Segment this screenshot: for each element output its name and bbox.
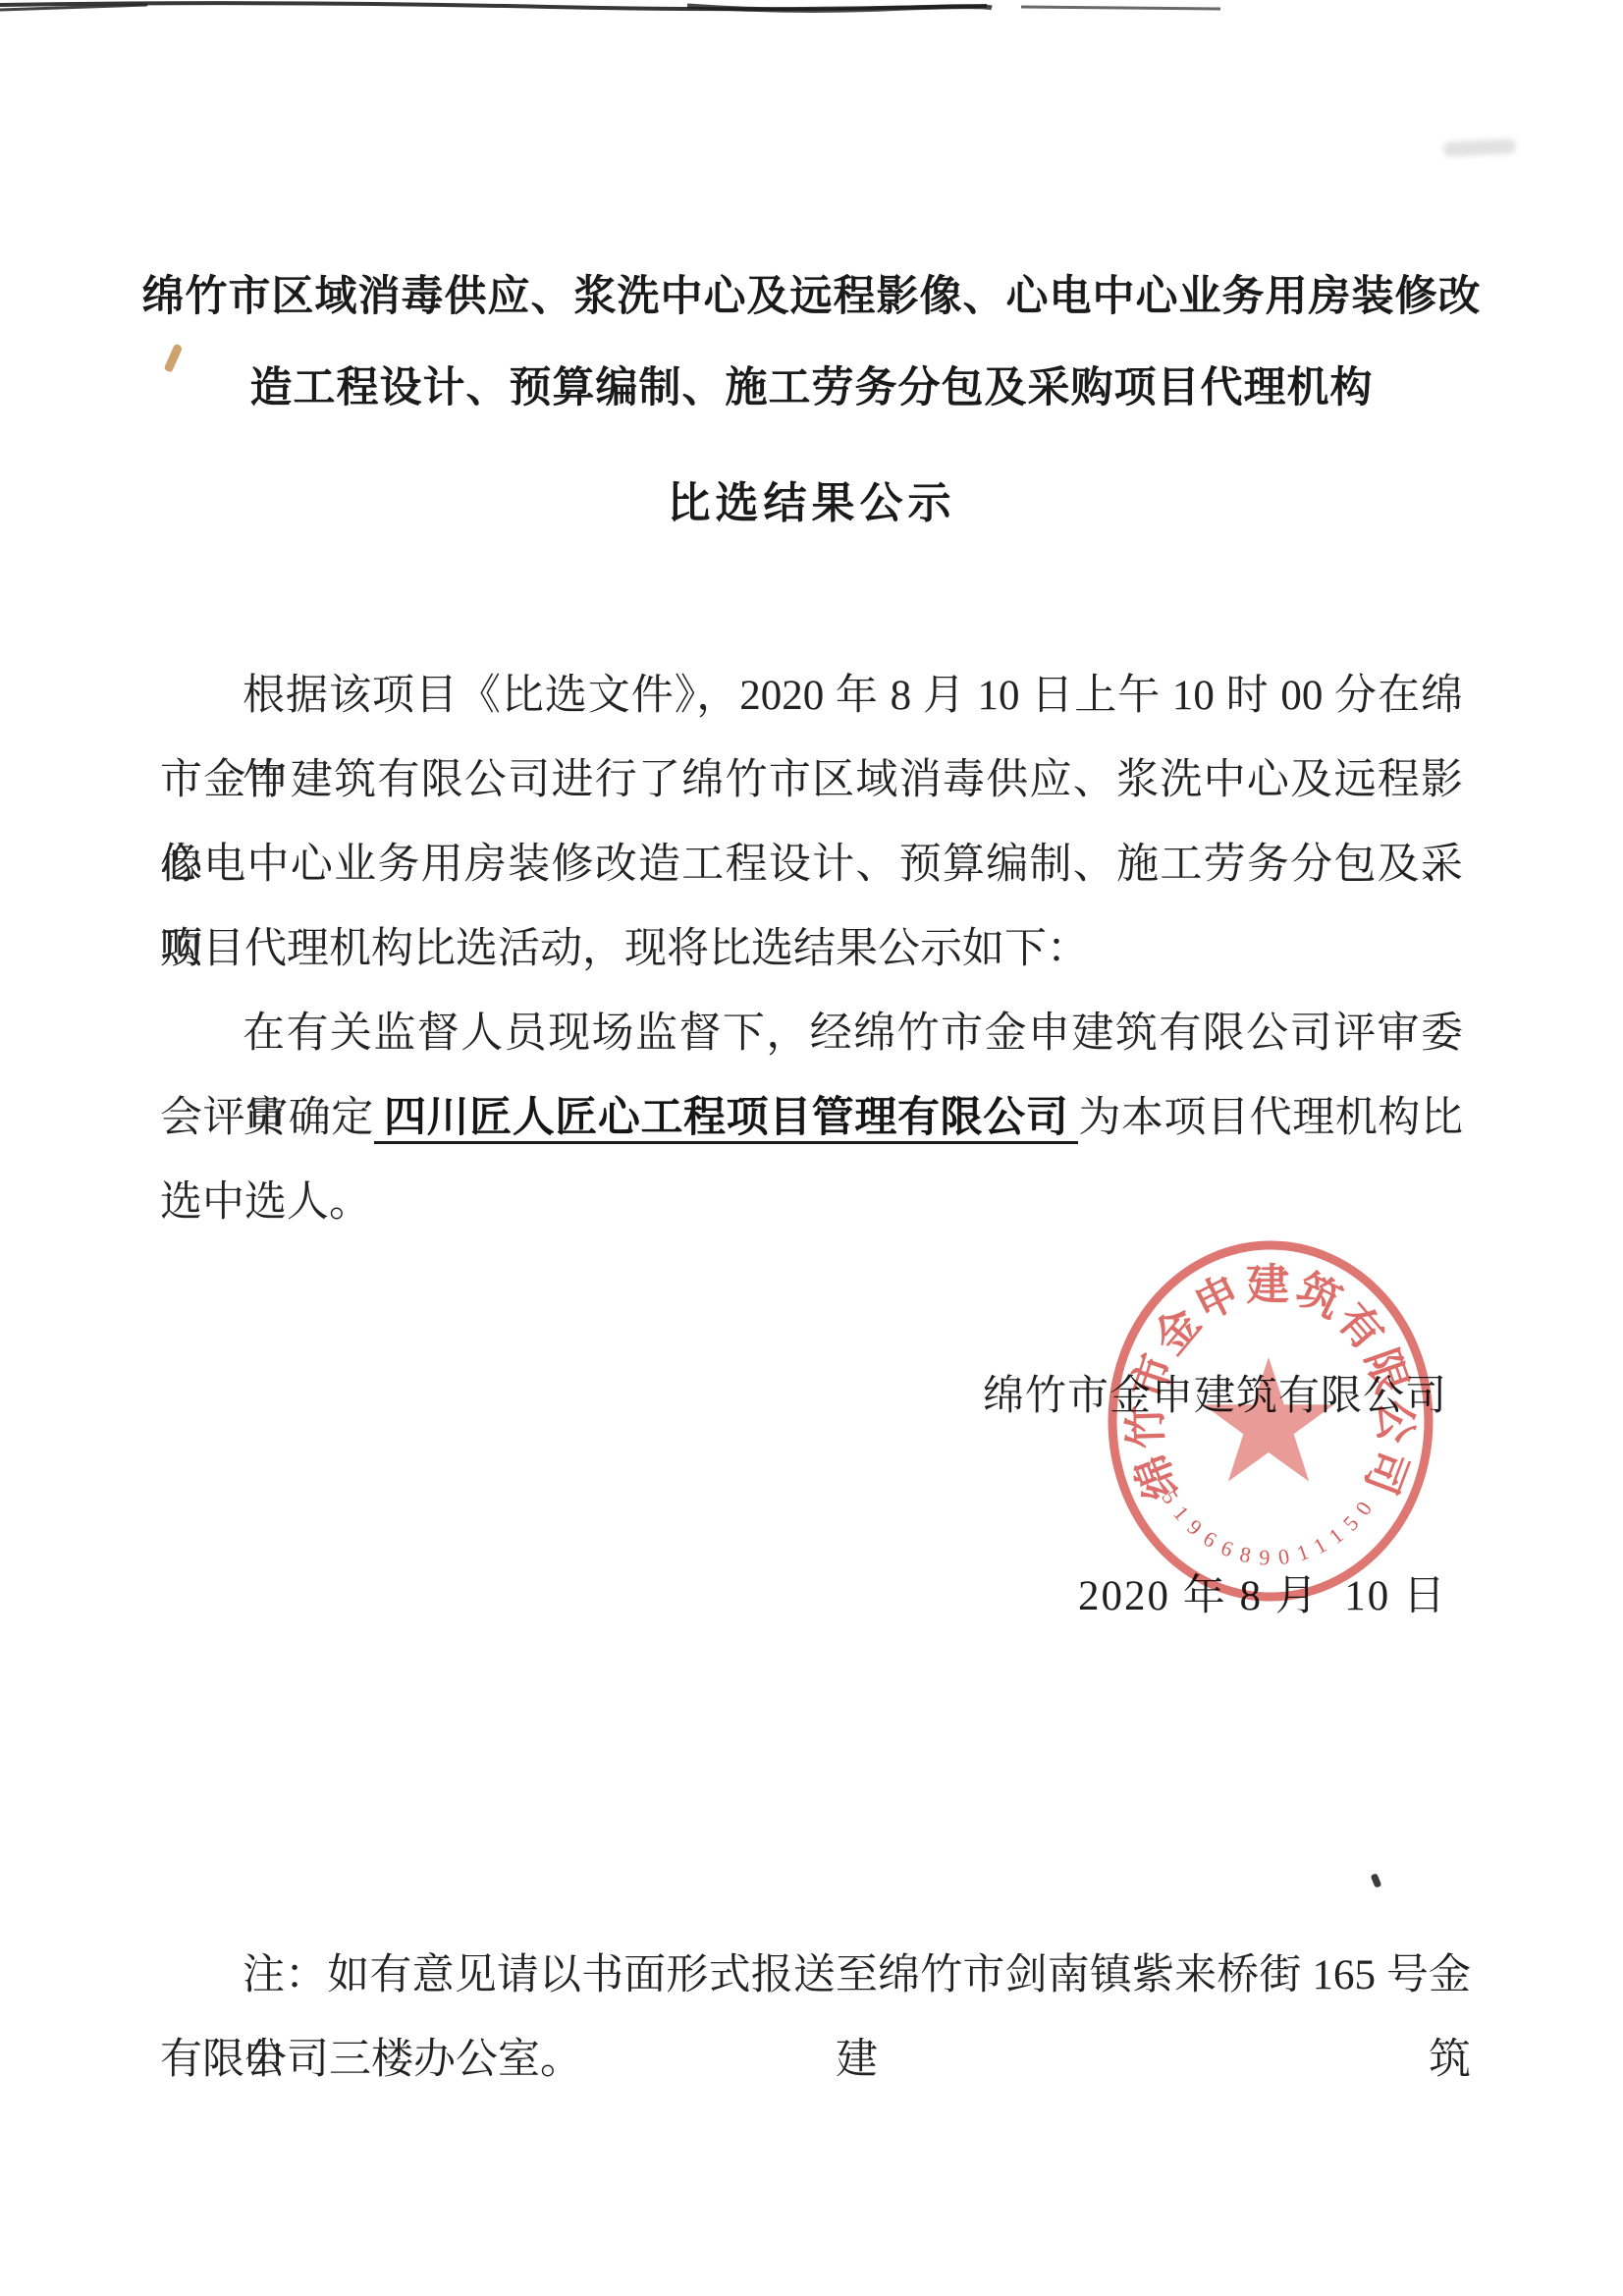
note-line1: 注：如有意见请以书面形式报送至绵竹市剑南镇紫来桥街 165 号金申建筑 — [160, 1934, 1471, 2018]
paragraph1-line1: 根据该项目《比选文件》，2020 年 8 月 10 日上午 10 时 00 分在… — [160, 654, 1463, 738]
note-text: 注：如有意见请以书面形式报送至绵竹市剑南镇紫来桥街 165 号金申建筑 有限公司… — [160, 1934, 1471, 2103]
document-subtitle: 比选结果公示 — [0, 473, 1623, 534]
scan-speck-black — [1371, 1873, 1382, 1888]
document-title-line2: 造工程设计、预算编制、施工劳务分包及采购项目代理机构 — [0, 358, 1623, 419]
p2-line2-prefix: 会评审确定 — [160, 1095, 374, 1141]
paragraph2-line2: 会评审确定四川匠人匠心工程项目管理有限公司为本项目代理机构比 — [160, 1076, 1463, 1161]
scan-smudge-gray — [1443, 138, 1517, 157]
paragraph1-line4: 项目代理机构比选活动，现将比选结果公示如下： — [160, 907, 1463, 992]
paragraph2-line1: 在有关监督人员现场监督下，经绵竹市金申建筑有限公司评审委员 — [160, 992, 1463, 1076]
seal-serial-number: 5196689011150 — [1157, 1486, 1381, 1569]
scan-artifact-top-edge — [0, 0, 1623, 26]
paragraph1-line2: 市金申建筑有限公司进行了绵竹市区域消毒供应、浆洗中心及远程影像、 — [160, 738, 1463, 823]
company-seal-stamp: 绵竹市金申建筑有限公司 5196689011150 — [1065, 1213, 1478, 1635]
body-text: 根据该项目《比选文件》，2020 年 8 月 10 日上午 10 时 00 分在… — [160, 654, 1463, 1245]
p2-line2-suffix: 为本项目代理机构比 — [1078, 1095, 1463, 1141]
scanned-document-page: 绵竹市区域消毒供应、浆洗中心及远程影像、心电中心业务用房装修改 造工程设计、预算… — [0, 0, 1623, 2296]
seal-star-icon — [1203, 1357, 1333, 1482]
paragraph1-line3: 心电中心业务用房装修改造工程设计、预算编制、施工劳务分包及采购 — [160, 823, 1463, 907]
winning-company-name: 四川匠人匠心工程项目管理有限公司 — [374, 1095, 1078, 1144]
document-title-line1: 绵竹市区域消毒供应、浆洗中心及远程影像、心电中心业务用房装修改 — [0, 267, 1623, 328]
